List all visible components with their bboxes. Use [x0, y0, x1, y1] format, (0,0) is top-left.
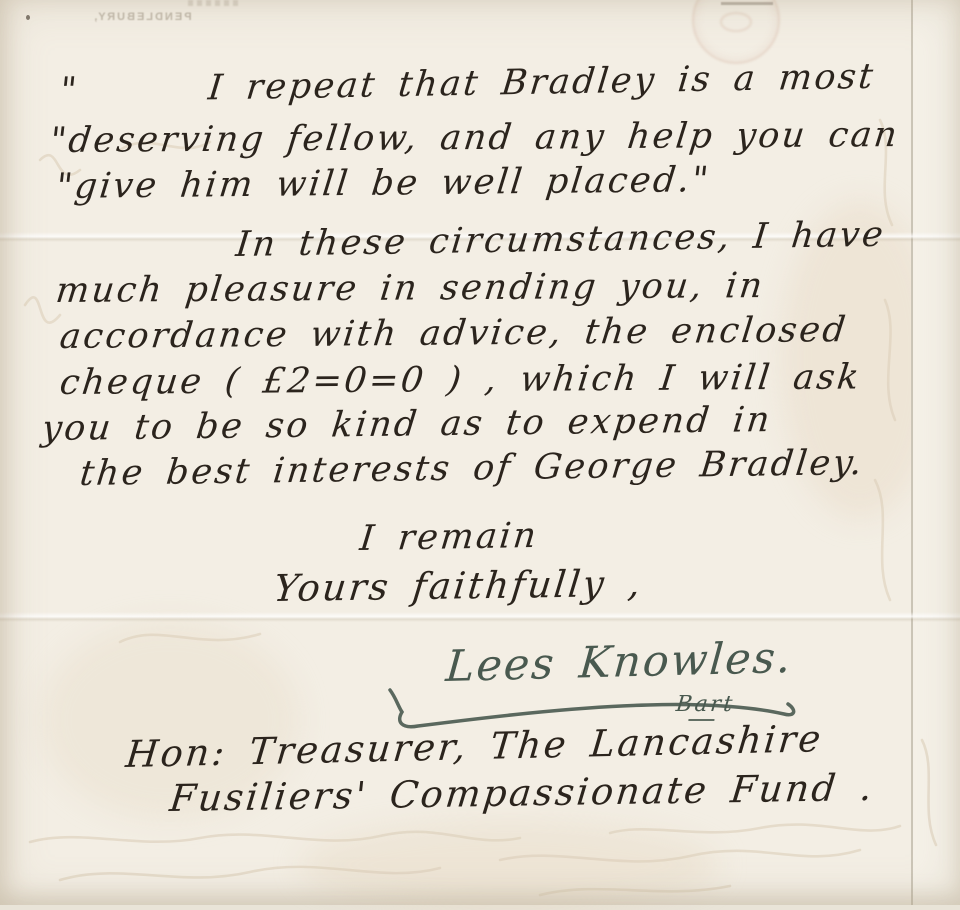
embossed-seal	[692, 0, 780, 64]
role-line-1: Hon: Treasurer, The Lancashire	[124, 720, 825, 773]
quoted-line-2: "deserving fellow, and any help you can	[48, 118, 901, 159]
fold-crease-bottom	[0, 612, 960, 622]
letterhead-showthrough-fragment	[188, 0, 238, 6]
signature-name: Lees Knowles.	[444, 637, 794, 689]
body-line-5: you to be so kind as to expend in	[40, 403, 774, 447]
body-line-2: much pleasure in sending you, in	[54, 269, 766, 309]
quoted-line-1: " I repeat that Bradley is a most	[58, 60, 877, 109]
seal-dash-mark	[721, 2, 773, 5]
quoted-line-3: "give him will be well placed."	[54, 163, 712, 205]
letter-page: PENDLEBURY, " I repeat that Bradley is a…	[0, 0, 960, 905]
page-edge	[911, 0, 960, 905]
body-line-6: the best interests of George Bradley.	[78, 446, 866, 492]
role-line-2: Fusiliers' Compassionate Fund .	[168, 769, 876, 817]
letterhead-showthrough: PENDLEBURY,	[83, 11, 201, 23]
body-line-4-cheque-amount: cheque ( £2=0=0 ) , which I will ask	[58, 360, 863, 401]
closing-i-remain: I remain	[358, 519, 540, 557]
body-line-3: accordance with advice, the enclosed	[58, 313, 849, 355]
paper-stain	[300, 820, 720, 905]
ink-speck	[26, 15, 30, 20]
closing-yours-faithfully: Yours faithfully ,	[272, 565, 645, 607]
signature-suffix-bart: Bart	[675, 694, 736, 716]
body-line-1: In these circumstances, I have	[234, 218, 887, 263]
